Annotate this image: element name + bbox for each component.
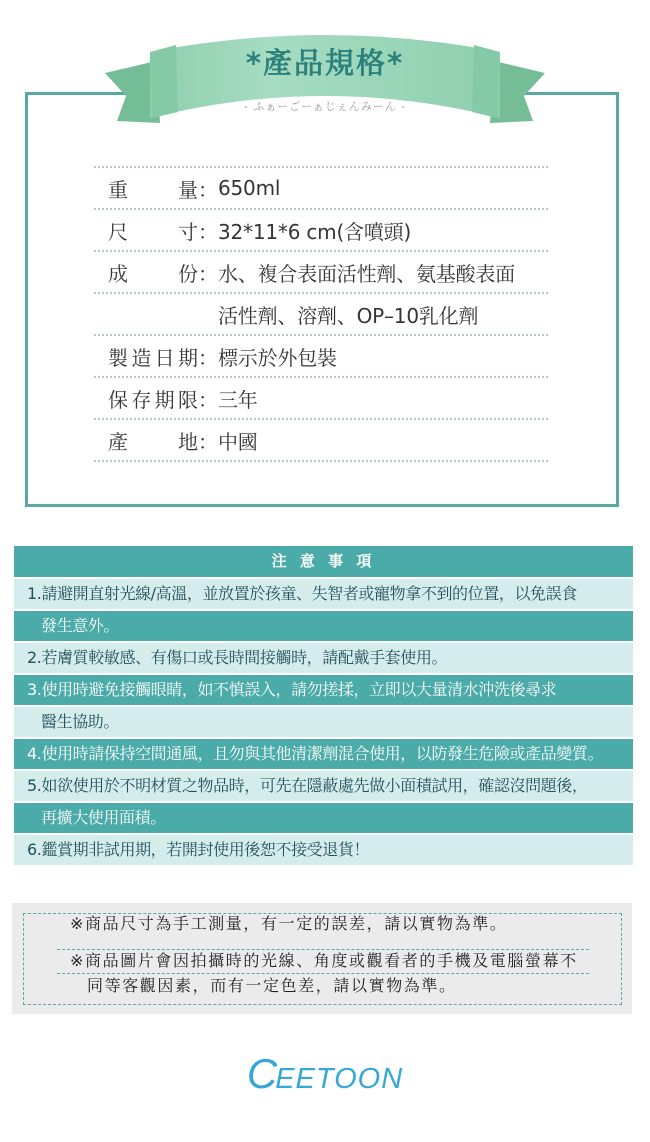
disclaimer-line: ※商品圖片會因拍攝時的光線、角度或觀看者的手機及電腦螢幕不: [70, 951, 578, 971]
dashed-divider: [57, 949, 589, 950]
spec-value: 三年: [218, 384, 258, 413]
notice-text: 再擴大使用面積。: [14, 803, 633, 833]
notice-row: 再擴大使用面積。: [14, 803, 633, 833]
spec-colon: ：: [198, 384, 218, 413]
spec-label-char: 地: [178, 426, 198, 455]
spec-label-char: 存: [131, 384, 151, 413]
spec-colon: ：: [198, 174, 218, 203]
disclaimer-line: ※商品尺寸為手工測量，有一定的誤差，請以實物為準。: [70, 914, 507, 934]
notice-row: 1.請避開直射光線/高溫，並放置於孩童、失智者或寵物拿不到的位置，以免誤食: [14, 579, 633, 609]
notice-row: 5.如欲使用於不明材質之物品時，可先在隱蔽處先做小面積試用，確認沒問題後，: [14, 771, 633, 801]
spec-label-char: 期: [178, 342, 198, 371]
spec-value: 中國: [218, 426, 258, 455]
brand-logo-initial: C: [247, 1050, 275, 1097]
notice-text: 6.鑑賞期非試用期，若開封使用後恕不接受退貨！: [14, 835, 633, 865]
spec-value: 650ml: [218, 176, 280, 200]
notice-text: 發生意外。: [14, 611, 633, 641]
spec-value: 標示於外包裝: [218, 342, 337, 371]
spec-label-char: 產: [108, 426, 128, 455]
spec-list: 重 量 ： 650ml 尺 寸 ： 32*11*6 cm(含噴頭) 成 份 ： …: [94, 166, 548, 462]
spec-colon: ：: [198, 216, 218, 245]
spec-row-manufacture-date: 製 造 日 期 ： 標示於外包裝: [94, 336, 548, 378]
brand-logo-rest: EETOON: [275, 1063, 403, 1095]
spec-label: 製 造 日 期: [108, 342, 198, 371]
spec-row-size: 尺 寸 ： 32*11*6 cm(含噴頭): [94, 210, 548, 252]
spec-label-char: 尺: [108, 216, 128, 245]
notice-table: 注 意 事 項 1.請避開直射光線/高溫，並放置於孩童、失智者或寵物拿不到的位置…: [14, 546, 633, 865]
spec-value: 32*11*6 cm(含噴頭): [218, 216, 411, 245]
spec-row-weight: 重 量 ： 650ml: [94, 168, 548, 210]
notice-row: 發生意外。: [14, 611, 633, 641]
spec-label-char: 份: [178, 258, 198, 287]
spec-colon: ：: [198, 426, 218, 455]
banner-title: *產品規格*: [0, 43, 650, 83]
spec-label-char: 日: [155, 342, 175, 371]
notice-text: 5.如欲使用於不明材質之物品時，可先在隱蔽處先做小面積試用，確認沒問題後，: [14, 771, 633, 801]
spec-label-char: 製: [108, 342, 128, 371]
spec-value: 水、複合表面活性劑、氨基酸表面: [218, 258, 515, 287]
brand-logo: CEETOON: [0, 1052, 650, 1106]
spec-label-char: 重: [108, 174, 128, 203]
spec-colon: ：: [198, 258, 218, 287]
spec-colon: ：: [198, 342, 218, 371]
spec-label: 重 量: [108, 174, 198, 203]
notice-text: 3.使用時避免接觸眼睛，如不慎誤入，請勿搓揉，立即以大量清水沖洗後尋求: [14, 675, 633, 705]
dashed-divider: [57, 973, 589, 974]
notice-row: 2.若膚質較敏感、有傷口或長時間接觸時，請配戴手套使用。: [14, 643, 633, 673]
notice-text: 2.若膚質較敏感、有傷口或長時間接觸時，請配戴手套使用。: [14, 643, 633, 673]
spec-label: 成 份: [108, 258, 198, 287]
notice-text: 4.使用時請保持空間通風，且勿與其他清潔劑混合使用，以防發生危險或產品變質。: [14, 739, 633, 769]
spec-label-char: 成: [108, 258, 128, 287]
spec-row-ingredients: 成 份 ： 水、複合表面活性劑、氨基酸表面: [94, 252, 548, 294]
spec-value: 活性劑、溶劑、OP–10乳化劑: [218, 300, 478, 329]
disclaimer-box: ※商品尺寸為手工測量，有一定的誤差，請以實物為準。 ※商品圖片會因拍攝時的光線、…: [12, 903, 632, 1014]
notice-row: 6.鑑賞期非試用期，若開封使用後恕不接受退貨！: [14, 835, 633, 865]
spec-row-ingredients-continued: 活性劑、溶劑、OP–10乳化劑: [94, 294, 548, 336]
spec-row-shelf-life: 保 存 期 限 ： 三年: [94, 378, 548, 420]
spec-label: 尺 寸: [108, 216, 198, 245]
spec-label-char: 量: [178, 174, 198, 203]
spec-label-char: 保: [108, 384, 128, 413]
notice-text: 醫生協助。: [14, 707, 633, 737]
spec-label: 產 地: [108, 426, 198, 455]
spec-label: 保 存 期 限: [108, 384, 198, 413]
notice-text: 1.請避開直射光線/高溫，並放置於孩童、失智者或寵物拿不到的位置，以免誤食: [14, 579, 633, 609]
notice-row: 醫生協助。: [14, 707, 633, 737]
spec-label-char: 限: [178, 384, 198, 413]
banner-subtitle: - ふぁーごーぁじぇんみーん -: [0, 100, 650, 114]
spec-row-origin: 產 地 ： 中國: [94, 420, 548, 462]
spec-label-char: 造: [131, 342, 151, 371]
notice-row: 3.使用時避免接觸眼睛，如不慎誤入，請勿搓揉，立即以大量清水沖洗後尋求: [14, 675, 633, 705]
spec-label-char: 期: [155, 384, 175, 413]
spec-label-char: 寸: [178, 216, 198, 245]
notice-row: 4.使用時請保持空間通風，且勿與其他清潔劑混合使用，以防發生危險或產品變質。: [14, 739, 633, 769]
notice-header: 注 意 事 項: [14, 546, 633, 577]
disclaimer-line: 同等客觀因素，而有一定色差，請以實物為準。: [87, 976, 457, 996]
